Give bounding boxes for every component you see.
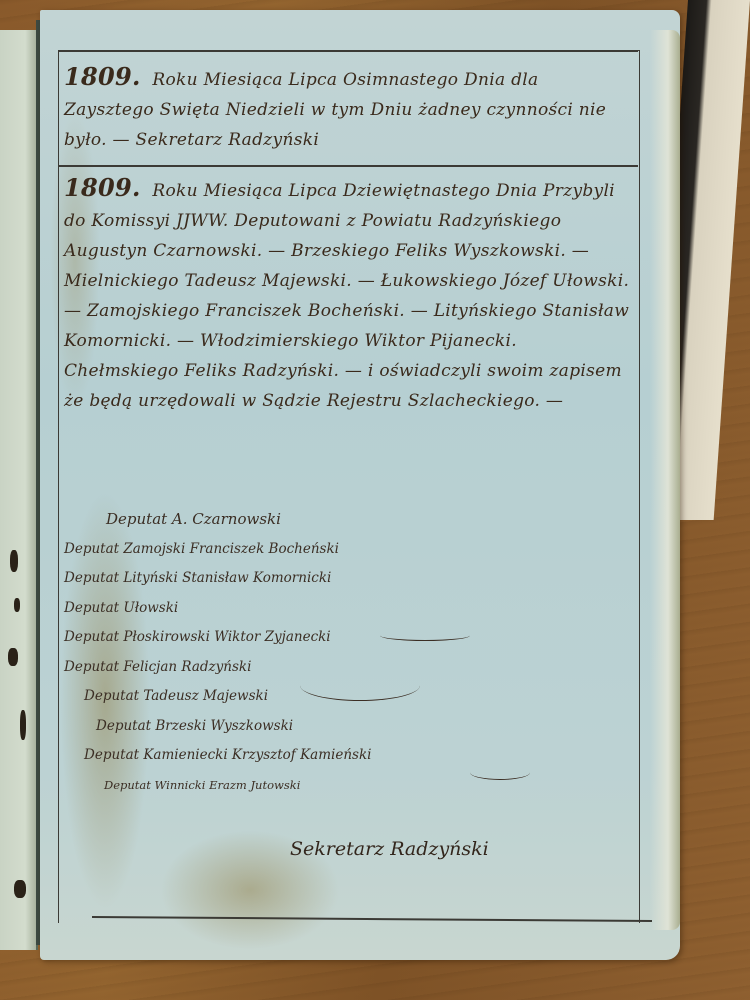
entry-year: 1809. [64, 62, 141, 91]
ink-blot [20, 710, 26, 740]
top-rule [58, 50, 638, 52]
signature: Deputat Kamieniecki Krzysztof Kamieński [64, 741, 624, 771]
ink-blot [8, 648, 18, 666]
deputy-signatures: Deputat A. Czarnowski Deputat Zamojski F… [64, 505, 624, 800]
signature: Deputat Płoskirowski Wiktor Zyjanecki [64, 623, 624, 653]
entry-2: 1809. Roku Miesiąca Lipca Dziewiętnasteg… [64, 173, 634, 416]
entry-divider [58, 165, 638, 167]
ink-blot [14, 598, 20, 612]
signature: Deputat Ułowski [64, 594, 624, 624]
entry-text: Roku Miesiąca Lipca Dziewiętnastego Dnia… [64, 181, 629, 411]
entry-1: 1809. Roku Miesiąca Lipca Osimnastego Dn… [64, 62, 634, 155]
signature: Deputat Winnicki Erazm Jutowski [64, 771, 624, 801]
facing-page-edge [0, 30, 38, 950]
signature: Deputat Brzeski Wyszkowski [64, 712, 624, 742]
signature-flourish [470, 765, 530, 780]
ink-blot [14, 880, 26, 898]
entry-text: Roku Miesiąca Lipca Osimnastego Dnia dla… [64, 70, 606, 150]
signature: Deputat Lityński Stanisław Komornicki [64, 564, 624, 594]
signature: Deputat Zamojski Franciszek Bocheński [64, 535, 624, 565]
register-page: 1809. Roku Miesiąca Lipca Osimnastego Dn… [40, 10, 680, 960]
page-edge [650, 30, 680, 930]
ink-blot [10, 550, 18, 572]
signature-flourish [380, 630, 470, 641]
signature: Deputat A. Czarnowski [64, 505, 624, 535]
secretary-signature: Sekretarz Radzyński [290, 838, 489, 860]
entry-year: 1809. [64, 173, 141, 202]
signature-flourish [300, 670, 420, 701]
